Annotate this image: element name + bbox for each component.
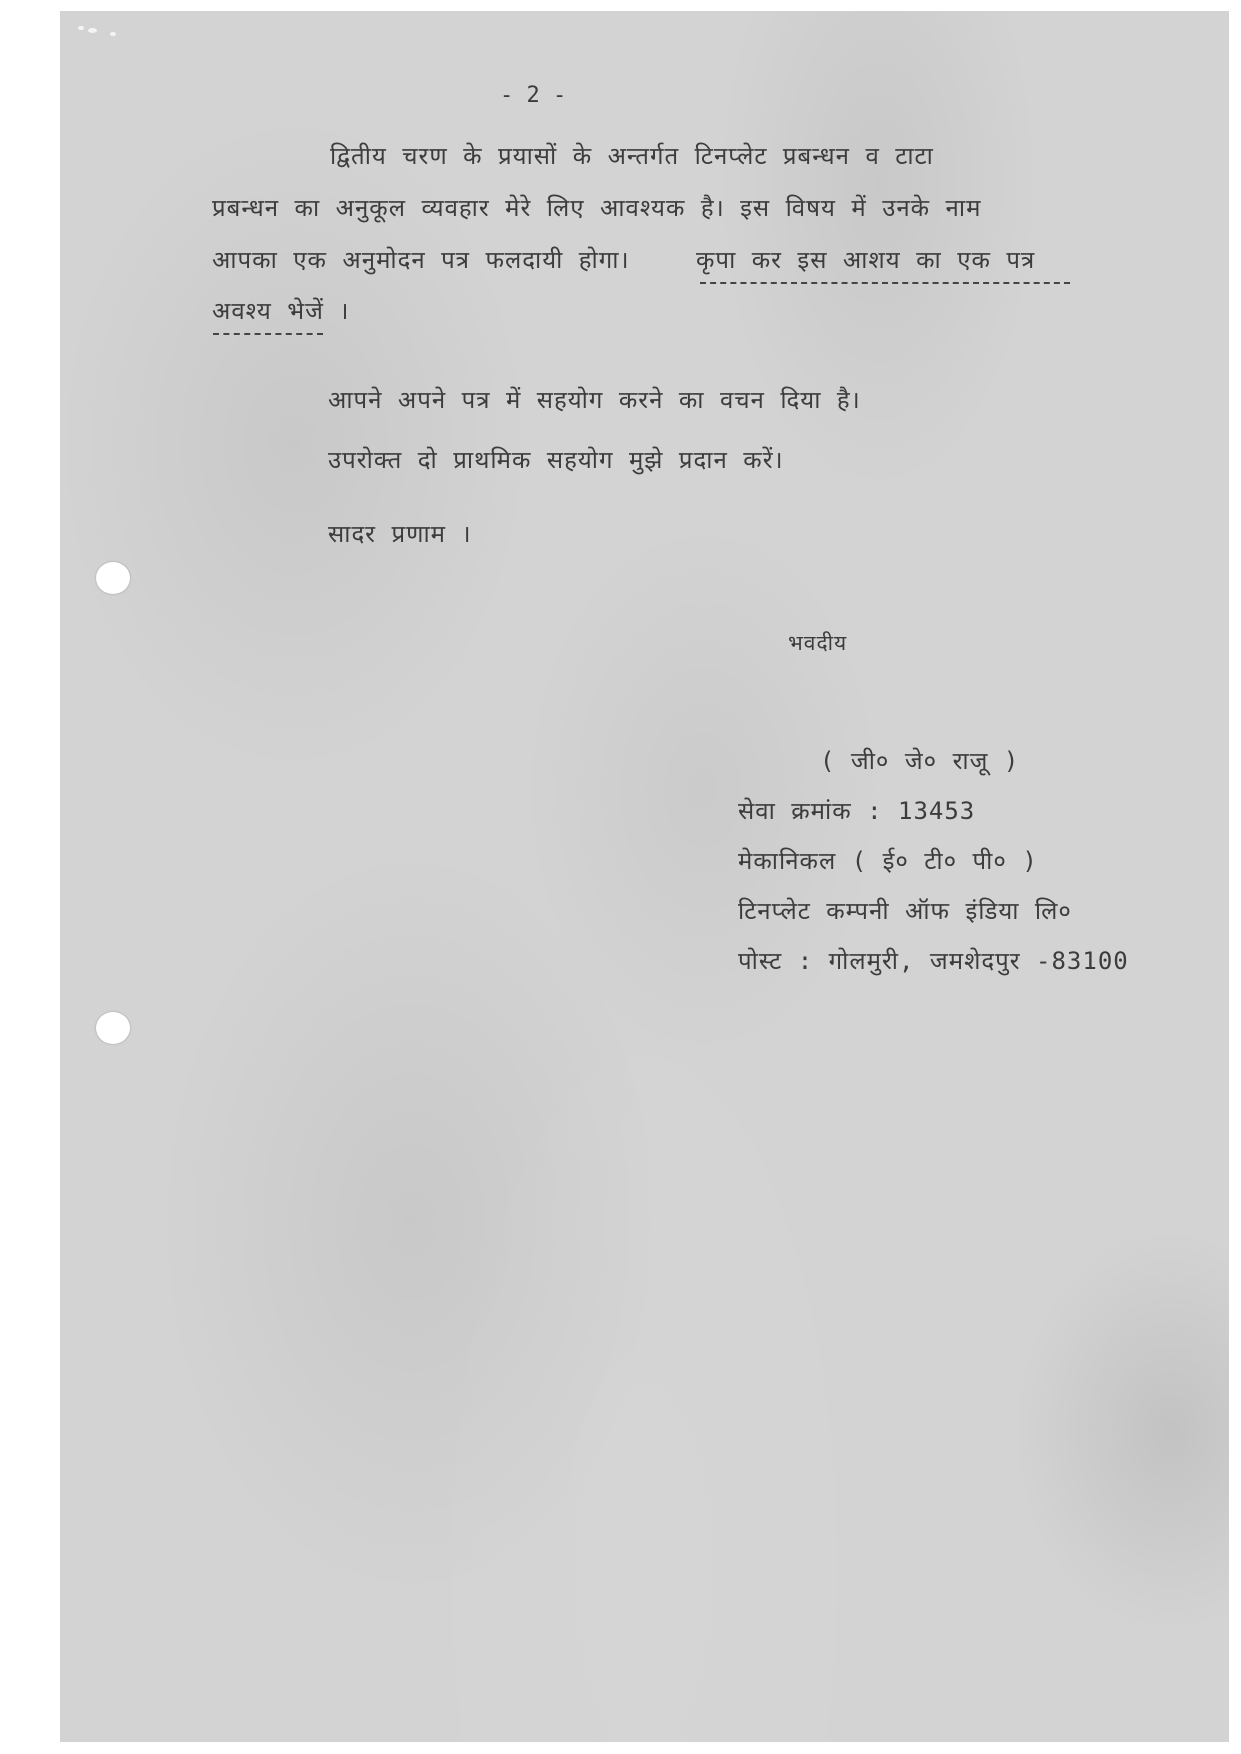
punch-hole-top — [96, 562, 130, 594]
scanned-letter-page: - 2 - द्वितीय चरण के प्रयासों के अन्तर्ग… — [60, 11, 1229, 1742]
company-name: टिनप्लेट कम्पनी ऑफ इंडिया लि० — [738, 894, 1072, 927]
paragraph1-line1: द्वितीय चरण के प्रयासों के अन्तर्गत टिनप… — [330, 139, 934, 172]
signatory-name: ( जी० जे० राजू ) — [820, 744, 1019, 777]
paragraph2-line2: उपरोक्त दो प्राथमिक सहयोग मुझे प्रदान कर… — [328, 443, 784, 476]
punch-hole-bottom — [96, 1012, 130, 1044]
paragraph1-line2: प्रबन्धन का अनुकूल व्यवहार मेरे लिए आवश्… — [212, 191, 981, 224]
page-number: - 2 - — [500, 83, 566, 108]
paragraph2-line1: आपने अपने पत्र में सहयोग करने का वचन दिय… — [328, 383, 861, 416]
typed-underline — [700, 282, 1070, 284]
paragraph1-line3: आपका एक अनुमोदन पत्र फलदायी होगा। — [212, 243, 630, 276]
service-number: सेवा क्रमांक : 13453 — [738, 794, 975, 827]
typed-underline — [213, 333, 323, 335]
postal-address: पोस्ट : गोलमुरी, जमशेदपुर -83100 — [738, 944, 1129, 977]
paper-scratch-mark — [72, 23, 132, 37]
department: मेकानिकल ( ई० टी० पी० ) — [738, 844, 1038, 877]
valediction: भवदीय — [788, 629, 847, 657]
paragraph1-line4: अवश्य भेजें । — [212, 294, 349, 327]
closing-salutation: सादर प्रणाम । — [328, 517, 472, 550]
underlined-request-part1: कृपा कर इस आशय का एक पत्र — [696, 243, 1035, 276]
